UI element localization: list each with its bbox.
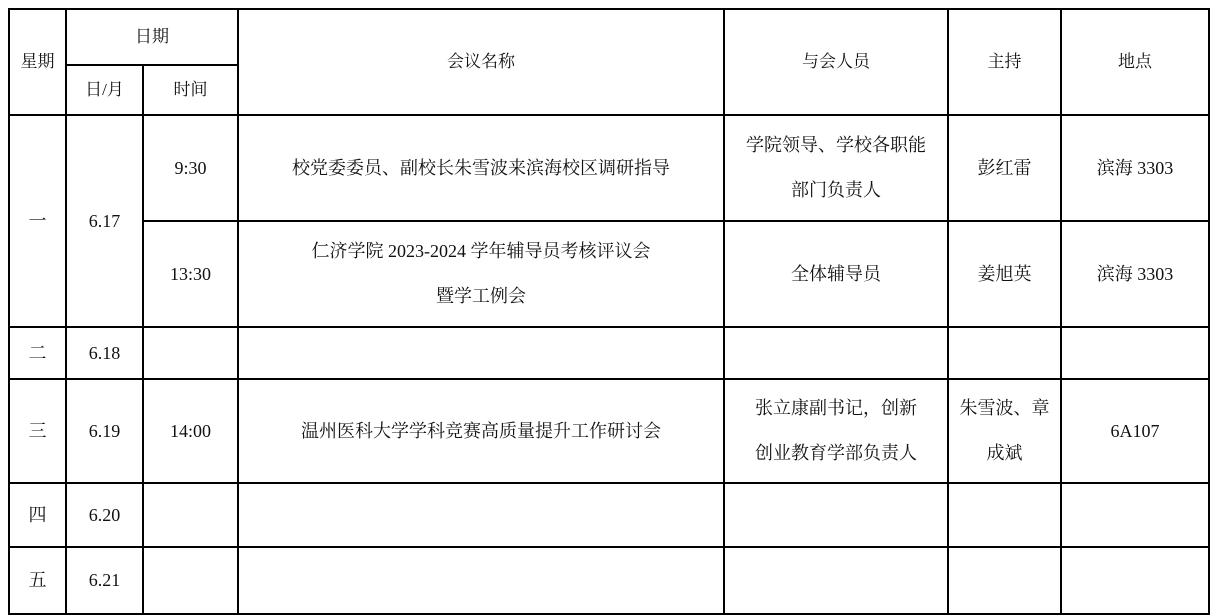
cell-time [143, 547, 238, 614]
cell-host: 姜旭英 [948, 221, 1061, 327]
cell-time: 14:00 [143, 379, 238, 483]
table-row-monday-1: 一 6.17 9:30 校党委委员、副校长朱雪波来滨海校区调研指导 学院领导、学… [9, 115, 1209, 221]
cell-host: 朱雪波、章 成斌 [948, 379, 1061, 483]
cell-date: 6.21 [66, 547, 143, 614]
cell-meeting: 仁济学院 2023-2024 学年辅导员考核评议会 暨学工例会 [238, 221, 724, 327]
cell-location: 滨海 3303 [1061, 115, 1209, 221]
cell-attendees [724, 483, 948, 547]
cell-attendees [724, 547, 948, 614]
table-row-thursday: 四 6.20 [9, 483, 1209, 547]
meeting-schedule-table: 星期 日期 会议名称 与会人员 主持 地点 日/月 时间 一 6.17 9:30… [8, 8, 1210, 615]
cell-meeting [238, 483, 724, 547]
cell-weekday: 一 [9, 115, 66, 327]
cell-date: 6.17 [66, 115, 143, 327]
cell-meeting [238, 327, 724, 379]
table-row-wednesday: 三 6.19 14:00 温州医科大学学科竞赛高质量提升工作研讨会 张立康副书记… [9, 379, 1209, 483]
cell-date: 6.18 [66, 327, 143, 379]
cell-weekday: 五 [9, 547, 66, 614]
cell-time [143, 483, 238, 547]
cell-time [143, 327, 238, 379]
cell-location [1061, 547, 1209, 614]
cell-meeting: 温州医科大学学科竞赛高质量提升工作研讨会 [238, 379, 724, 483]
cell-location: 6A107 [1061, 379, 1209, 483]
cell-attendees: 学院领导、学校各职能 部门负责人 [724, 115, 948, 221]
cell-date: 6.20 [66, 483, 143, 547]
header-attendees: 与会人员 [724, 9, 948, 115]
cell-location: 滨海 3303 [1061, 221, 1209, 327]
cell-host [948, 547, 1061, 614]
cell-host [948, 483, 1061, 547]
cell-time: 9:30 [143, 115, 238, 221]
table-row-monday-2: 13:30 仁济学院 2023-2024 学年辅导员考核评议会 暨学工例会 全体… [9, 221, 1209, 327]
cell-attendees [724, 327, 948, 379]
cell-attendees: 张立康副书记，创新 创业教育学部负责人 [724, 379, 948, 483]
cell-meeting [238, 547, 724, 614]
header-date-group: 日期 [66, 9, 238, 65]
cell-location [1061, 327, 1209, 379]
table-row-tuesday: 二 6.18 [9, 327, 1209, 379]
header-location: 地点 [1061, 9, 1209, 115]
cell-weekday: 二 [9, 327, 66, 379]
table-row-friday: 五 6.21 [9, 547, 1209, 614]
cell-location [1061, 483, 1209, 547]
cell-host [948, 327, 1061, 379]
cell-weekday: 四 [9, 483, 66, 547]
cell-attendees: 全体辅导员 [724, 221, 948, 327]
header-host: 主持 [948, 9, 1061, 115]
header-time: 时间 [143, 65, 238, 115]
cell-weekday: 三 [9, 379, 66, 483]
cell-date: 6.19 [66, 379, 143, 483]
header-weekday: 星期 [9, 9, 66, 115]
cell-time: 13:30 [143, 221, 238, 327]
header-meeting-name: 会议名称 [238, 9, 724, 115]
header-row-top: 星期 日期 会议名称 与会人员 主持 地点 [9, 9, 1209, 65]
cell-meeting: 校党委委员、副校长朱雪波来滨海校区调研指导 [238, 115, 724, 221]
cell-host: 彭红雷 [948, 115, 1061, 221]
header-day-month: 日/月 [66, 65, 143, 115]
